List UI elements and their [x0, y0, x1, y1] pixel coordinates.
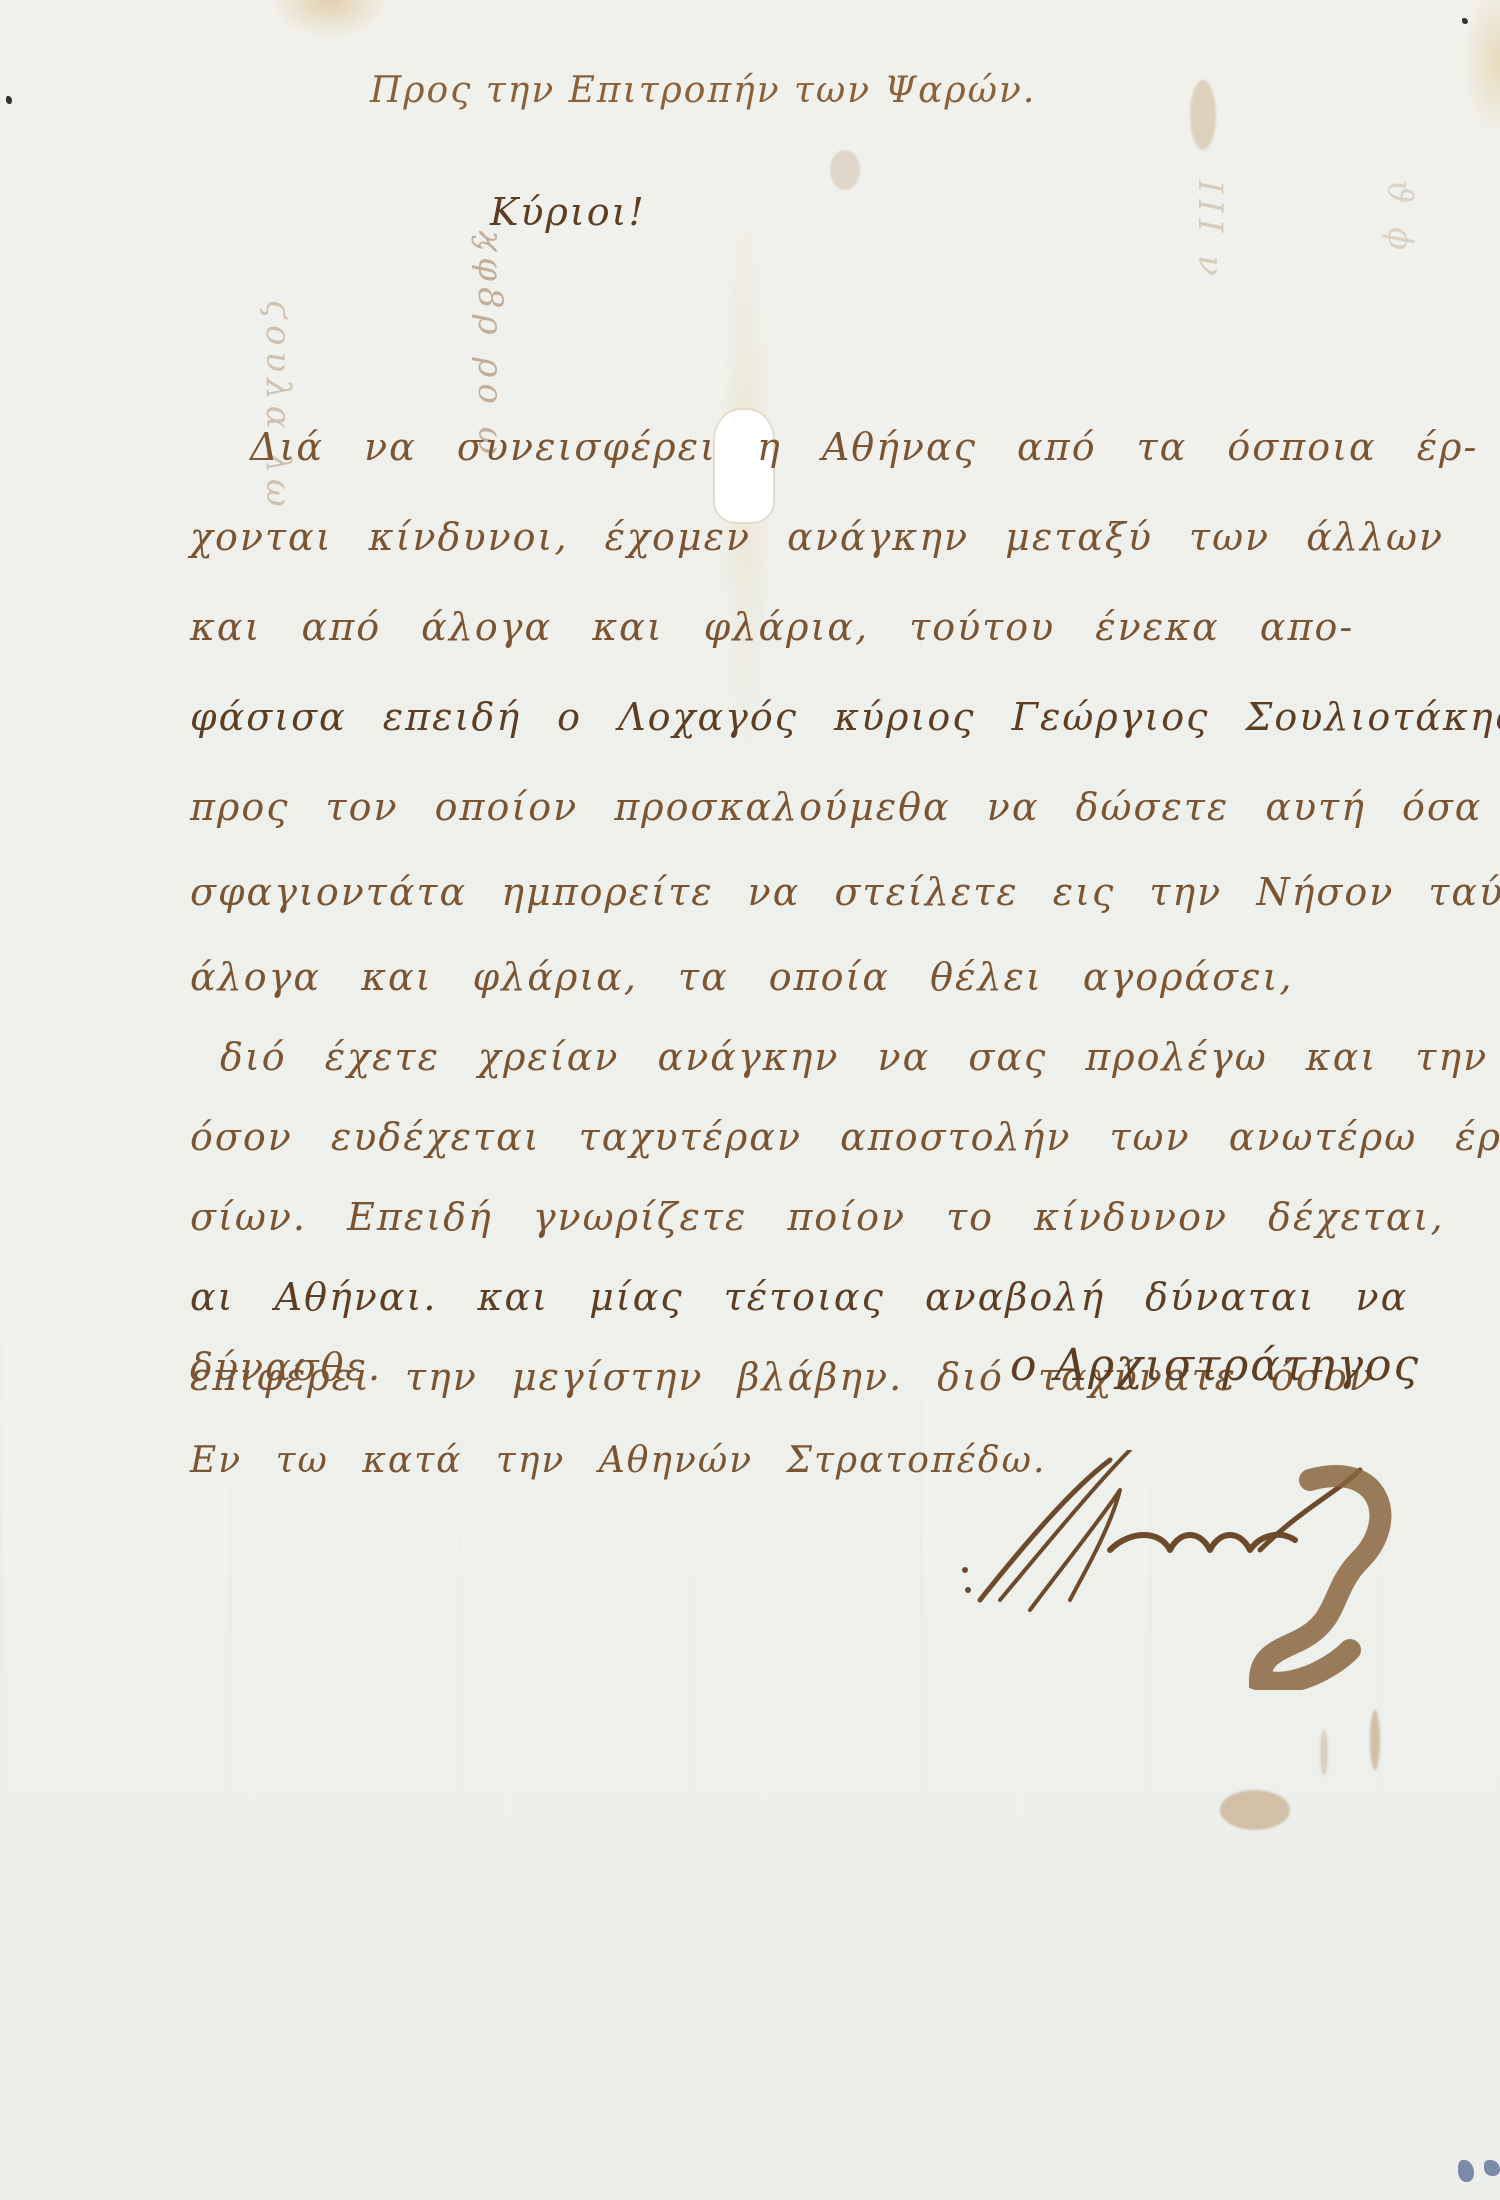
body-line: άλογα και φλάρια, τα οποία θέλει αγοράσε… [190, 955, 1293, 999]
body-line: όσον ευδέχεται ταχυτέραν αποστολήν των α… [190, 1115, 1500, 1159]
body-line: Διά να συνεισφέρει η Αθήνας από τα όσποι… [250, 425, 1478, 469]
letter-heading: Προς την Επιτροπήν των Ψαρών. [370, 70, 1036, 111]
body-line: και από άλογα και φλάρια, τούτου ένεκα α… [190, 605, 1354, 649]
ink-stain [1320, 1730, 1328, 1775]
ink-stain [1220, 1790, 1290, 1830]
closing-title: ο Αρχιστράτηγος [1010, 1340, 1420, 1391]
body-line: διό έχετε χρείαν ανάγκην να σας προλέγω … [220, 1035, 1488, 1079]
place-line: Εν τω κατά την Αθηνών Στρατοπέδω. [190, 1440, 1046, 1481]
body-line: φάσισα επειδή ο Λοχαγός κύριος Γεώργιος … [190, 695, 1500, 739]
paper-tear-mark [1484, 2160, 1500, 2176]
body-line: σίων. Επειδή γνωρίζετε ποίον το κίνδυνον… [190, 1195, 1445, 1239]
letter-page: ϛουλα λω ϗφ8ρ ρο ω ΙΙΙ ν ϑ ϕ Προς την Επ… [0, 0, 1500, 2200]
paper-tear-mark [1462, 18, 1468, 24]
letter-salutation: Κύριοι! [490, 190, 646, 234]
body-line: χονται κίνδυνοι, έχομεν ανάγκην μεταξύ τ… [190, 515, 1444, 559]
show-through-writing: ΙΙΙ ν [1190, 180, 1230, 420]
body-line: προς τον οποίον προσκαλούμεθα να δώσετε … [190, 785, 1482, 829]
paper-tear-mark [1458, 2160, 1474, 2182]
ink-stain [830, 150, 860, 190]
paper-tear-mark [6, 96, 12, 104]
body-line: σφαγιοντάτα ημπορείτε να στείλετε εις τη… [190, 870, 1500, 914]
ink-stain [1370, 1710, 1380, 1770]
ink-stain [1190, 80, 1216, 150]
show-through-writing: ϑ ϕ [1380, 180, 1420, 380]
body-line: αι Αθήναι. και μίας τέτοιας αναβολή δύνα… [190, 1275, 1408, 1319]
body-line: δύνασθε. [190, 1345, 382, 1389]
signature-flourish [960, 1450, 1420, 1690]
